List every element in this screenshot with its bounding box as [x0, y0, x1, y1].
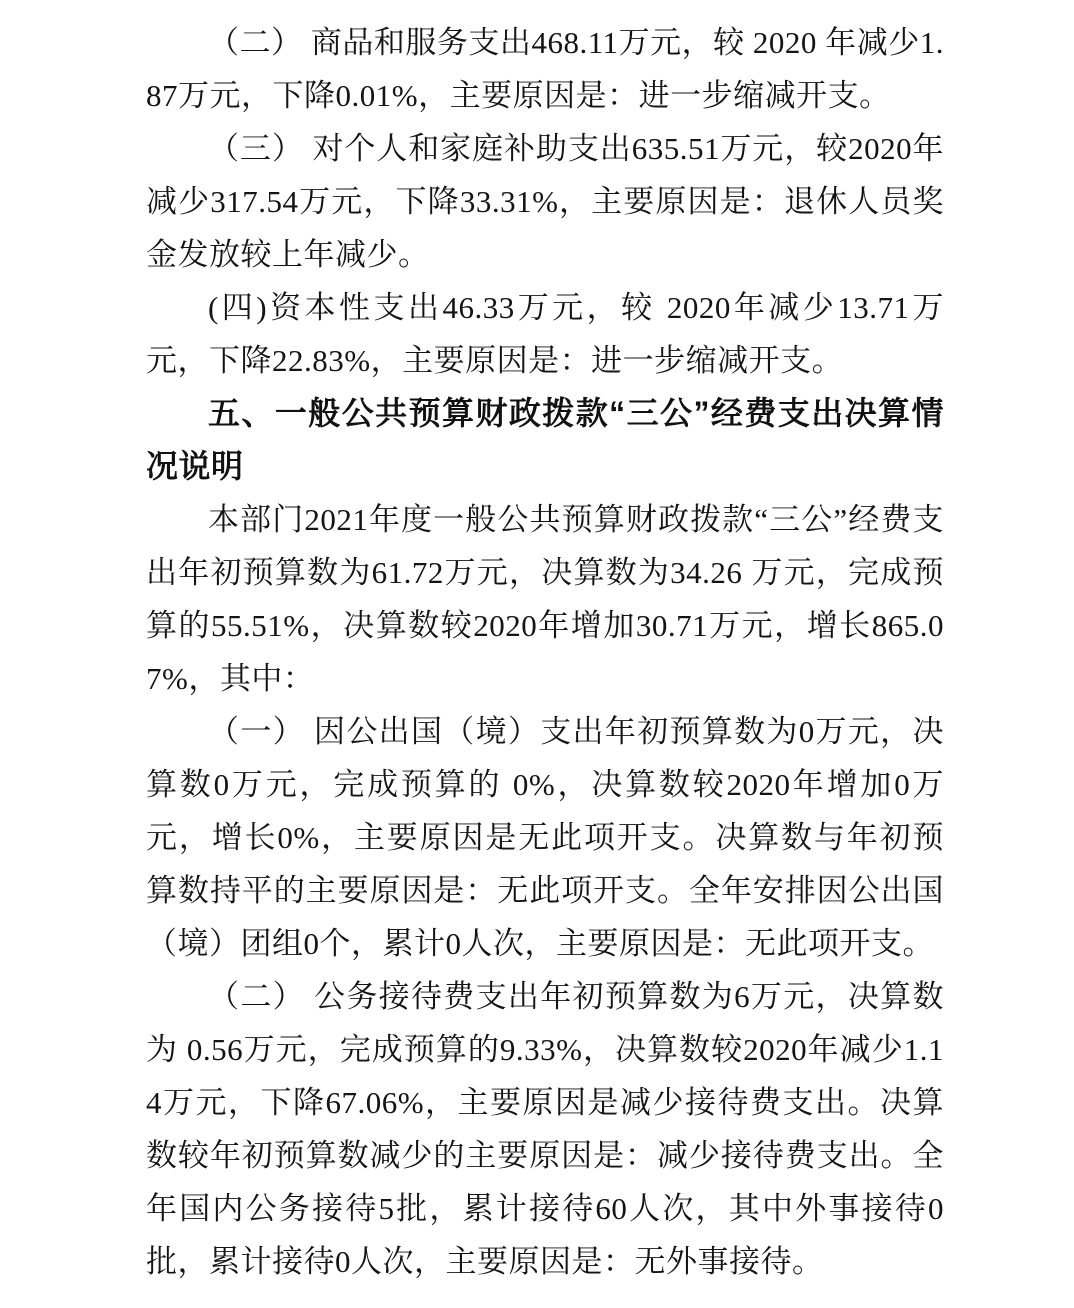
- paragraph-goods-and-services-expenditure: （二） 商品和服务支出468.11万元，较 2020 年减少1.87万元，下降0…: [146, 16, 944, 122]
- paragraph-individual-family-subsidy-expenditure: （三） 对个人和家庭补助支出635.51万元，较2020年减少317.54万元，…: [146, 122, 944, 281]
- document-page: （二） 商品和服务支出468.11万元，较 2020 年减少1.87万元，下降0…: [0, 0, 1074, 1308]
- paragraph-official-reception-expenditure: （二） 公务接待费支出年初预算数为6万元，决算数为 0.56万元，完成预算的9.…: [146, 970, 944, 1288]
- paragraph-overseas-travel-expenditure: （一） 因公出国（境）支出年初预算数为0万元，决算数0万元，完成预算的 0%，决…: [146, 705, 944, 970]
- paragraph-three-public-funds-overview: 本部门2021年度一般公共预算财政拨款“三公”经费支出年初预算数为61.72万元…: [146, 493, 944, 705]
- paragraph-capital-expenditure: (四)资本性支出46.33万元，较 2020年减少13.71万元，下降22.83…: [146, 281, 944, 387]
- section-heading-three-public-funds: 五、一般公共预算财政拨款“三公”经费支出决算情况说明: [146, 387, 944, 493]
